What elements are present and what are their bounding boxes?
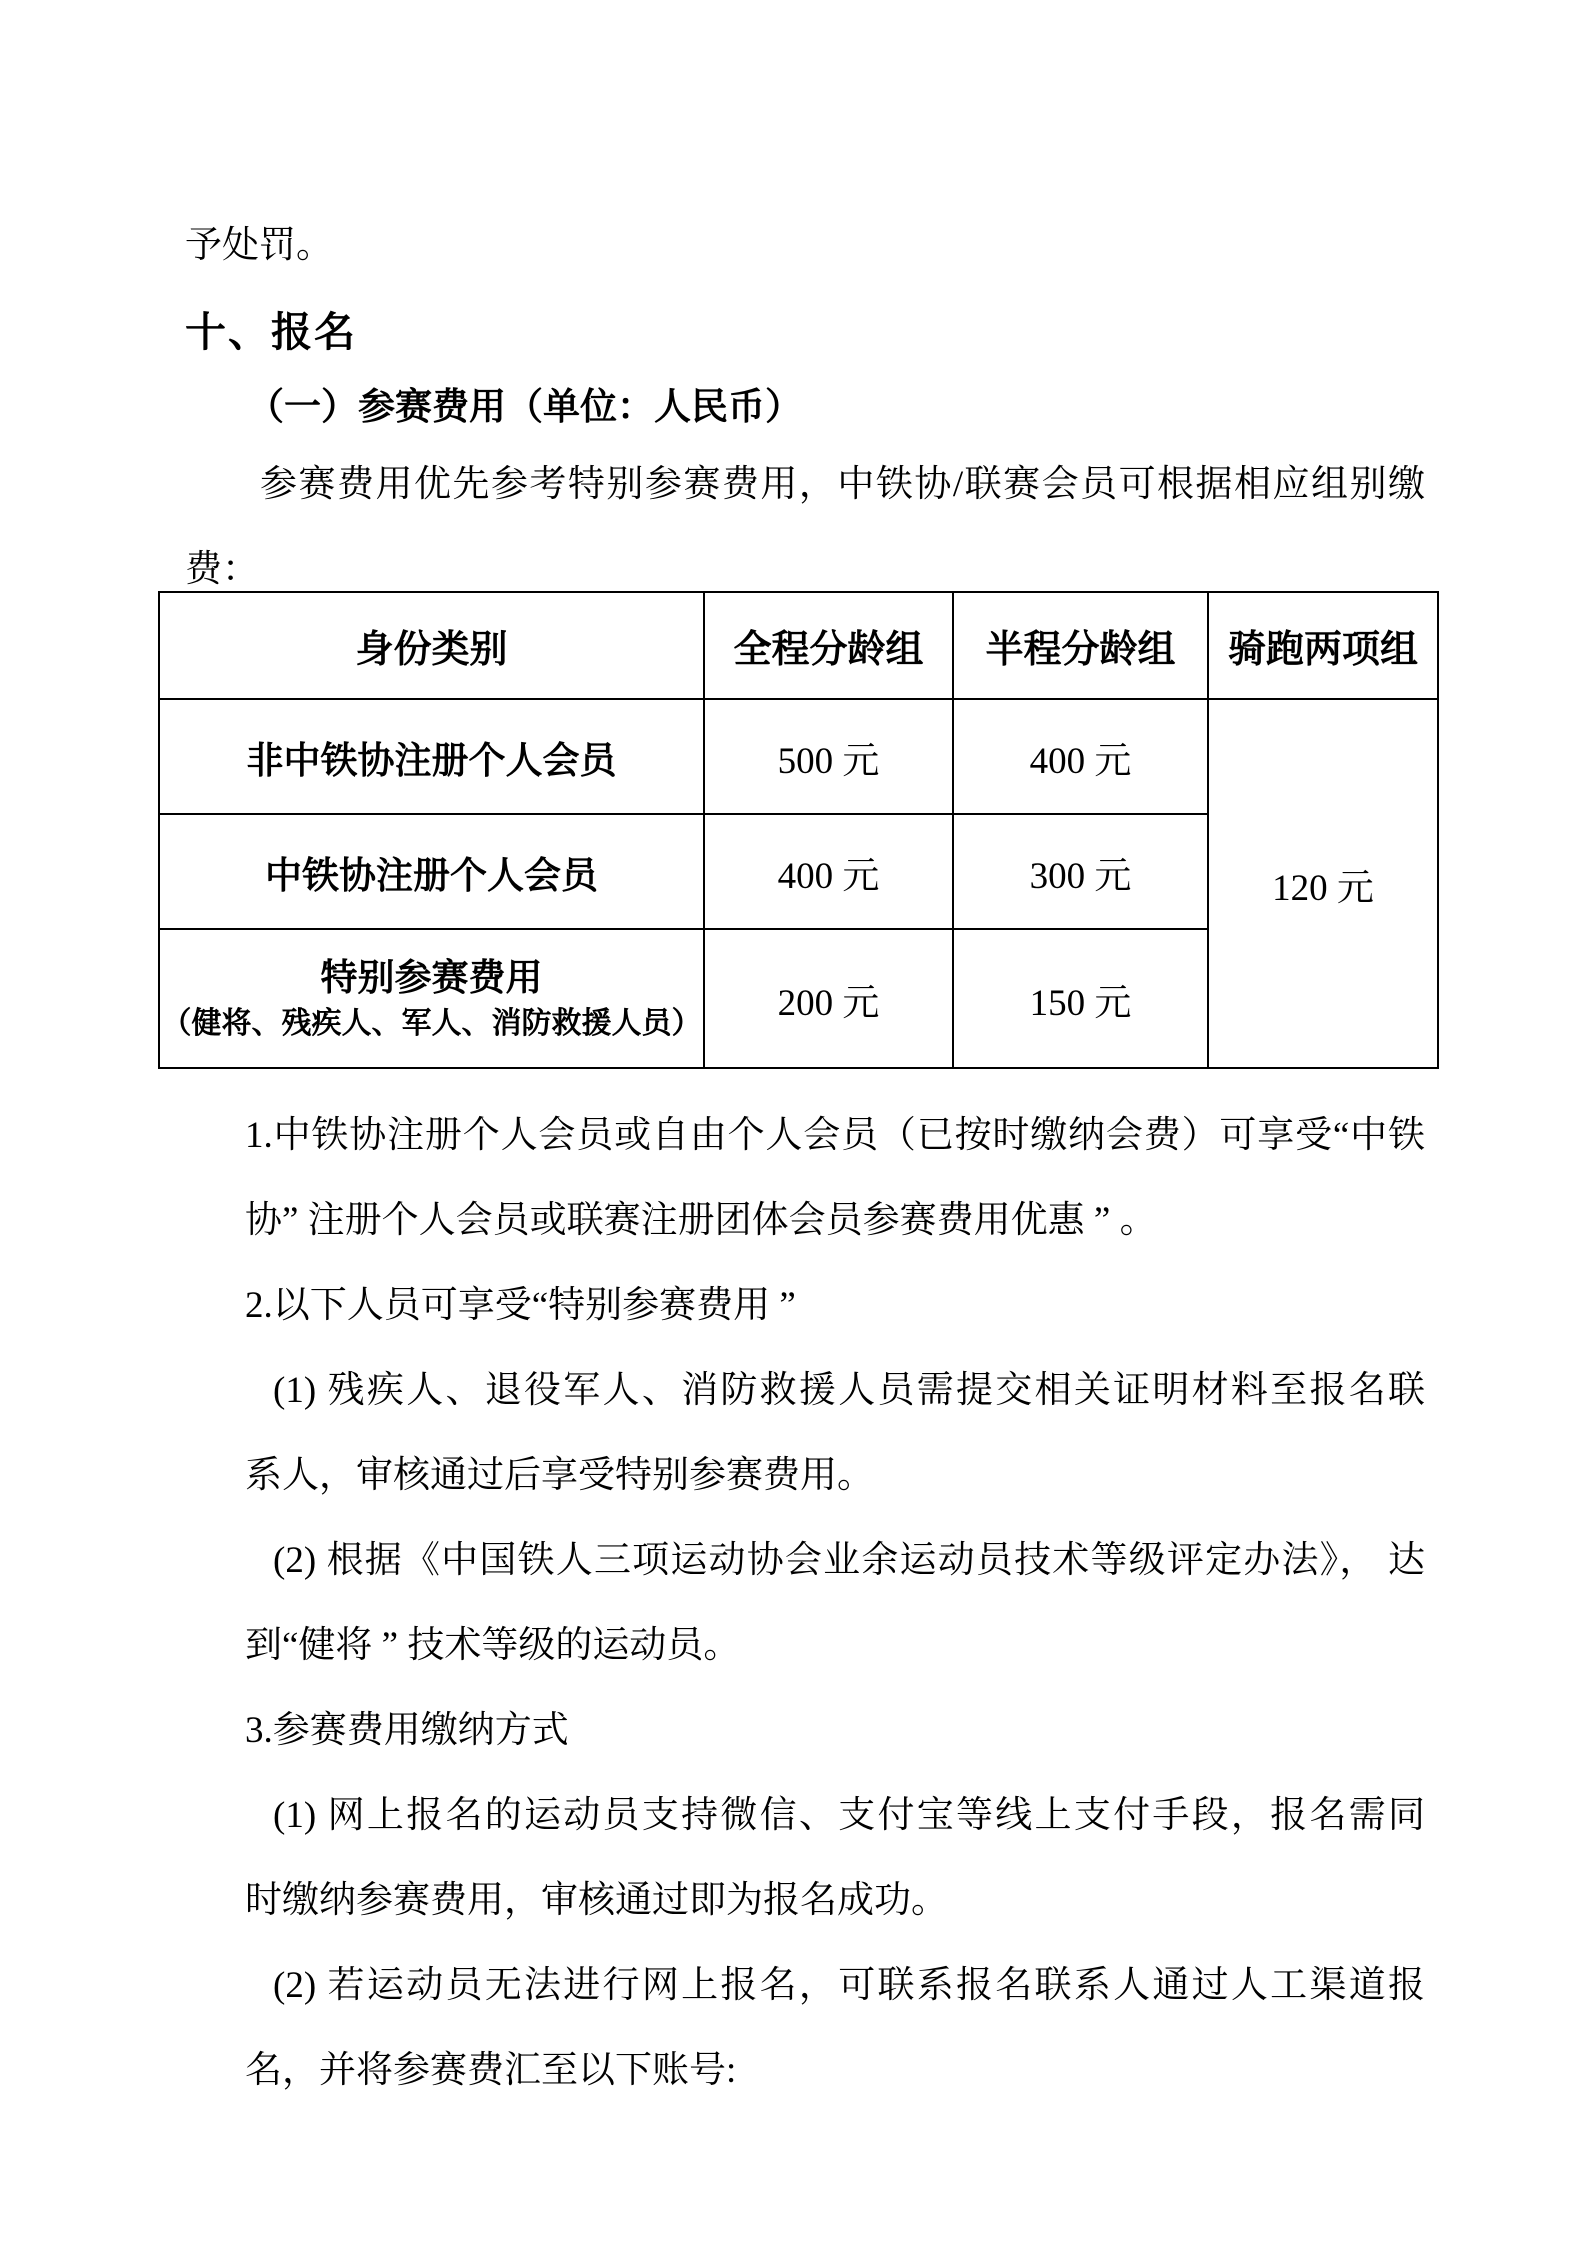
- intro-paragraph-line-1: 参赛费用优先参考特别参赛费用，中铁协/联赛会员可根据相应组别缴: [185, 442, 1425, 527]
- row2-full-course-fee: 400 元: [704, 814, 953, 929]
- note-2-item-2-line-1: (2) 根据《中国铁人三项运动协会业余运动员技术等级评定办法》， 达: [185, 1518, 1425, 1603]
- note-1-line-1: 1.中铁协注册个人会员或自由个人会员（已按时缴纳会费）可享受“中铁: [185, 1093, 1425, 1178]
- note-2-item-1-line-1: (1) 残疾人、退役军人、消防救援人员需提交相关证明材料至报名联: [185, 1348, 1425, 1433]
- header-full-course-group: 全程分龄组: [704, 592, 953, 699]
- table-row: 非中铁协注册个人会员 500 元 400 元 120 元: [159, 699, 1438, 814]
- note-3-item-1-line-1: (1) 网上报名的运动员支持微信、支付宝等线上支付手段，报名需同: [185, 1773, 1425, 1858]
- row2-category: 中铁协注册个人会员: [159, 814, 704, 929]
- note-3: 3.参赛费用缴纳方式: [185, 1688, 1425, 1773]
- note-3-item-2-line-2: 名，并将参赛费汇至以下账号:: [185, 2028, 1425, 2113]
- note-2-item-2-line-2: 到“健将 ” 技术等级的运动员。: [185, 1603, 1425, 1688]
- note-2: 2.以下人员可享受“特别参赛费用 ”: [185, 1263, 1425, 1348]
- trailing-sentence: 予处罚。: [185, 203, 1425, 288]
- fee-table: 身份类别 全程分龄组 半程分龄组 骑跑两项组 非中铁协注册个人会员 500 元 …: [158, 591, 1439, 1069]
- row1-category: 非中铁协注册个人会员: [159, 699, 704, 814]
- fee-table-header-row: 身份类别 全程分龄组 半程分龄组 骑跑两项组: [159, 592, 1438, 699]
- note-1-line-2: 协” 注册个人会员或联赛注册团体会员参赛费用优惠 ” 。: [185, 1178, 1425, 1263]
- row2-half-course-fee: 300 元: [953, 814, 1208, 929]
- row3-category-cell: 特别参赛费用 （健将、残疾人、军人、消防救援人员）: [159, 929, 704, 1068]
- section-heading: 十、报名: [185, 290, 1425, 375]
- row1-half-course-fee: 400 元: [953, 699, 1208, 814]
- row3-category: 特别参赛费用: [160, 954, 703, 1004]
- row3-half-course-fee: 150 元: [953, 929, 1208, 1068]
- header-ride-run-group: 骑跑两项组: [1208, 592, 1438, 699]
- row3-category-note: （健将、残疾人、军人、消防救援人员）: [160, 1004, 703, 1043]
- row3-full-course-fee: 200 元: [704, 929, 953, 1068]
- ride-run-fee-merged-cell: 120 元: [1208, 699, 1438, 1068]
- row1-full-course-fee: 500 元: [704, 699, 953, 814]
- note-3-item-1-line-2: 时缴纳参赛费用，审核通过即为报名成功。: [185, 1858, 1425, 1943]
- subsection-heading: （一）参赛费用（单位：人民币）: [185, 365, 1425, 450]
- note-2-item-1-line-2: 系人，审核通过后享受特别参赛费用。: [185, 1433, 1425, 1518]
- document-page: 予处罚。 十、报名 （一）参赛费用（单位：人民币） 参赛费用优先参考特别参赛费用…: [0, 0, 1587, 2245]
- header-half-course-group: 半程分龄组: [953, 592, 1208, 699]
- note-3-item-2-line-1: (2) 若运动员无法进行网上报名，可联系报名联系人通过人工渠道报: [185, 1943, 1425, 2028]
